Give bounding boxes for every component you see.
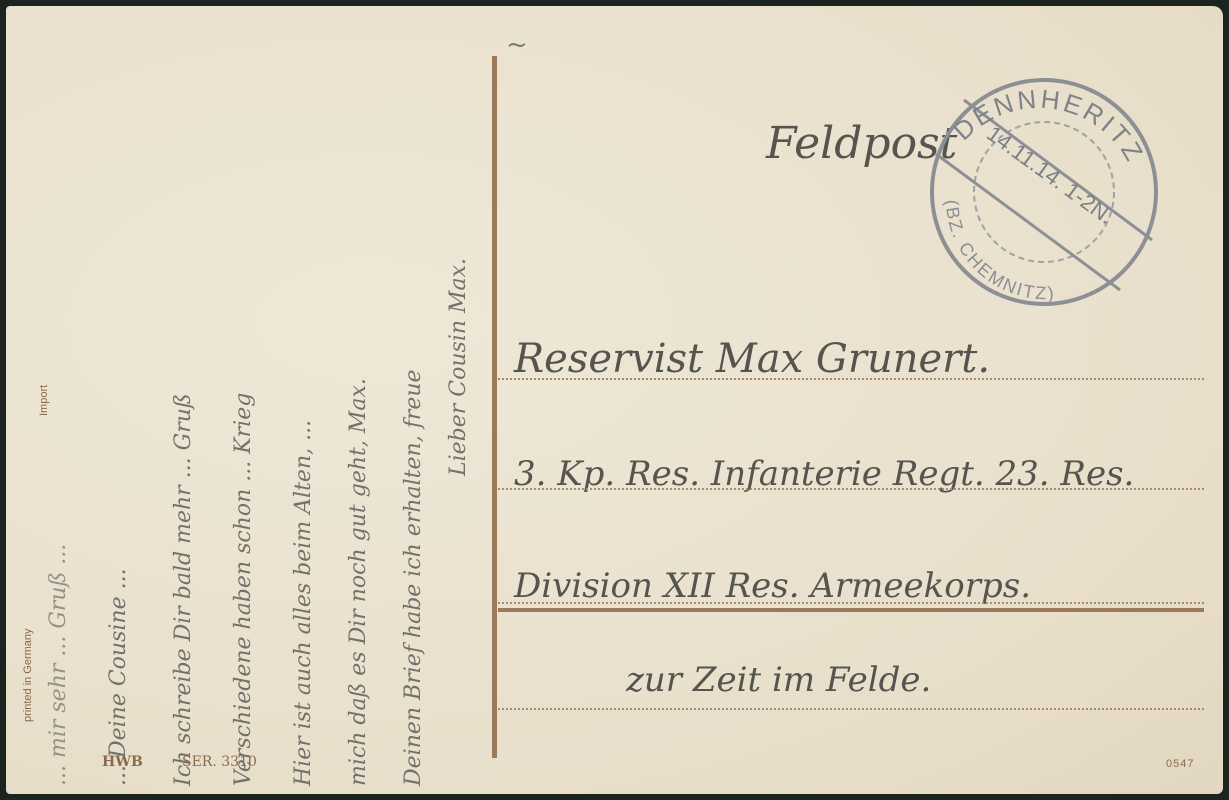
message-line: ... mir sehr ... Gruß ... (46, 544, 71, 786)
address-line-1: Reservist Max Grunert. (514, 336, 990, 382)
message-line: Ich schreibe Dir bald mehr ... Gruß (171, 393, 196, 786)
import-mark: Import (38, 385, 50, 416)
postmark-district: (BZ. CHEMNITZ) (942, 199, 1056, 303)
address-line-4: zur Zeit im Felde. (626, 660, 931, 700)
address-rule (498, 602, 1204, 604)
address-rule (498, 488, 1204, 490)
address-line-3: Division XII Res. Armeekorps. (514, 566, 1031, 606)
message-line: mich daß es Dir noch gut geht, Max. (346, 378, 371, 786)
postmark-date: 14.11.14. 1-2N. (982, 121, 1118, 229)
publisher-logo: HWB (102, 754, 143, 770)
address-rule (498, 708, 1204, 710)
series-number: SER. 3310 (182, 754, 257, 770)
top-handwriting: ~ (506, 30, 528, 60)
message-line: Deinen Brief habe ich erhalten, freue (401, 369, 426, 786)
printed-in-germany: printed in Germany (22, 628, 34, 722)
message-salutation: Lieber Cousin Max. (446, 258, 471, 476)
postmark-stamp-icon: DENNHERITZ (BZ. CHEMNITZ) 14.11.14. 1-2N… (924, 72, 1164, 312)
address-rule-solid (498, 608, 1204, 612)
svg-text:(BZ. CHEMNITZ): (BZ. CHEMNITZ) (942, 199, 1056, 303)
message-line: Hier ist auch alles beim Alten, ... (291, 420, 316, 786)
svg-text:DENNHERITZ: DENNHERITZ (947, 84, 1150, 169)
postmark-town: DENNHERITZ (947, 84, 1150, 169)
address-rule (498, 378, 1204, 380)
center-divider (492, 56, 497, 758)
message-line: Verschiedene haben schon ... Krieg (231, 393, 256, 786)
postcard: Lieber Cousin Max. Deinen Brief habe ich… (6, 6, 1223, 794)
card-number: 0547 (1166, 758, 1194, 770)
